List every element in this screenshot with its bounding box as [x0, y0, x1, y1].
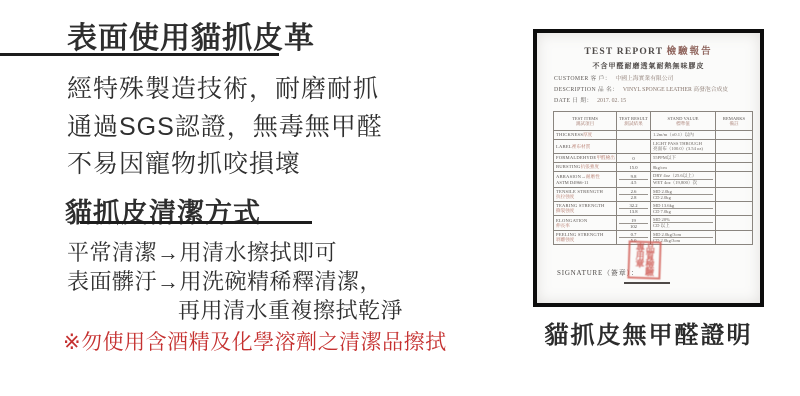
red-seal-stamp: 品質檢驗專用章 — [627, 240, 661, 279]
report-title-en: TEST REPORT — [584, 47, 663, 57]
warning-note: ※勿使用含酒精及化學溶劑之清潔品擦拭 — [63, 326, 447, 356]
table-row: THICKNESS厚度 1.2m/m（±0.1）以內 — [554, 131, 753, 140]
table-row: ELONGATION伸長率 19102 MD 20%CD 以上 — [554, 216, 753, 231]
header-test-items: TEST ITEMS測試項目 — [554, 112, 617, 131]
header-test-result: TEST RESULT測試結果 — [617, 112, 651, 131]
product-info-graphic: 表面使用貓抓皮革 經特殊製造技術，耐磨耐抓 通過SGS認證，無毒無甲醛 不易因寵… — [0, 0, 800, 396]
header-standard-value: STAND VALUE標準值 — [651, 112, 716, 131]
table-row: TENSILE STRENGTH抗拉強度 2.62.8 MD 2.0kgCD 2… — [554, 188, 753, 202]
test-report-content: TEST REPORT 檢驗報告 不含甲醛耐磨透氣耐熱無味膠皮 CUSTOMER… — [537, 33, 760, 303]
report-subtitle: 不含甲醛耐磨透氣耐熱無味膠皮 — [537, 61, 760, 71]
report-customer-line: CUSTOMER 客 戶： 中國上海實業有限公司 — [554, 73, 673, 82]
description-label: DESCRIPTION 品 名： — [554, 87, 618, 93]
cleaning-method-heading: 貓抓皮清潔方式 — [65, 191, 261, 230]
surface-material-heading: 表面使用貓抓皮革 — [67, 13, 315, 57]
customer-label: CUSTOMER 客 戶： — [554, 76, 611, 82]
table-row: BURSTING抗張強度 15.0 8kg/cm — [554, 163, 753, 172]
table-row: ABRASION→耐磨性ASTM D4966-11 9.84.5 DRY 4oz… — [554, 172, 753, 188]
date-label: DATE 日 期： — [554, 98, 593, 104]
table-row: TEARING STRENGTH撕裂強度 32.213.8 MD 13.6kgC… — [554, 202, 753, 216]
report-caption: 貓抓皮無甲醛證明 — [533, 315, 764, 350]
report-title-zh: 檢驗報告 — [667, 47, 713, 57]
test-report-scan: TEST REPORT 檢驗報告 不含甲醛耐磨透氣耐熱無味膠皮 CUSTOMER… — [533, 29, 764, 307]
report-title: TEST REPORT 檢驗報告 — [537, 43, 760, 57]
cleaning-step-line: 再用清水重複擦拭乾淨 — [178, 294, 403, 325]
report-date-line: DATE 日 期： 2017. 02. 15 — [554, 95, 626, 104]
description-value: VINYL SPONGE LEATHER 高發泡合成皮 — [623, 87, 728, 93]
date-value: 2017. 02. 15 — [597, 98, 626, 104]
table-row: FORMALDEHYDE甲醛檢出 0 55PPM以下 — [554, 154, 753, 163]
cleaning-step-line: 表面髒汙→用洗碗精稀釋清潔， — [67, 265, 382, 296]
feature-line: 經特殊製造技術，耐磨耐抓 — [67, 69, 379, 105]
signature-label: SIGNATURE（簽章）： — [557, 268, 639, 278]
header-remarks: REMARKS備註 — [716, 112, 753, 131]
heading-underline — [0, 53, 279, 56]
signature-line — [624, 282, 670, 284]
report-table: TEST ITEMS測試項目 TEST RESULT測試結果 STAND VAL… — [553, 111, 753, 245]
seal-stamp-text: 品質檢驗專用章 — [634, 243, 655, 278]
feature-line: 不易因寵物抓咬損壞 — [67, 144, 301, 180]
report-description-line: DESCRIPTION 品 名： VINYL SPONGE LEATHER 高發… — [554, 84, 728, 93]
report-table-header-row: TEST ITEMS測試項目 TEST RESULT測試結果 STAND VAL… — [554, 112, 753, 131]
cleaning-step-line: 平常清潔→用清水擦拭即可 — [67, 236, 337, 267]
feature-line: 通過SGS認證，無毒無甲醛 — [67, 107, 383, 143]
table-row: LABEL裡布材質 LIGHT PASS THROUGH亮面布（100.0）(3… — [554, 140, 753, 154]
customer-value: 中國上海實業有限公司 — [615, 76, 673, 82]
heading-underline — [80, 221, 312, 224]
